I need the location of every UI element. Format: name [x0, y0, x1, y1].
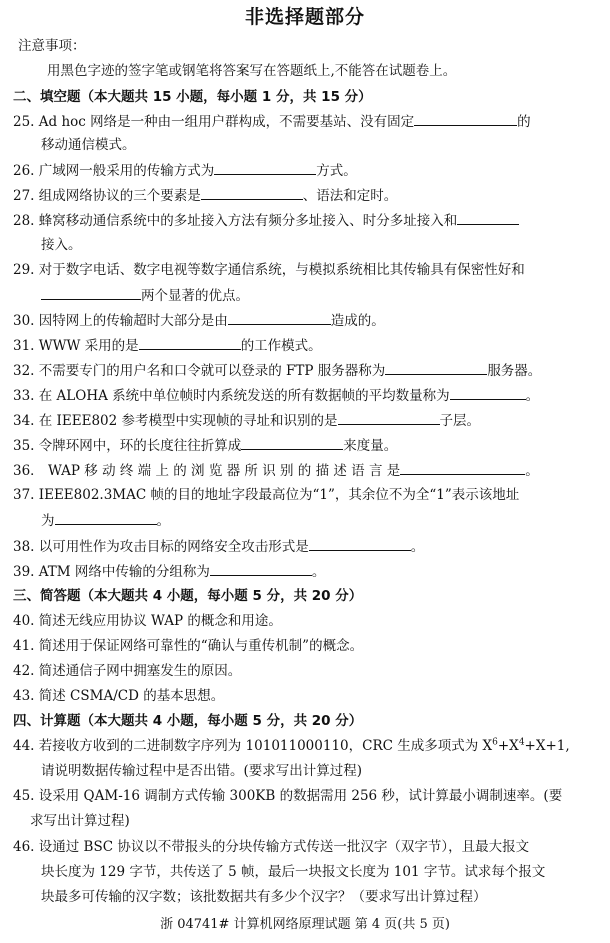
answer-blank [414, 111, 517, 126]
question-36: 36． WAP 移 动 终 端 上 的 浏 览 器 所 识 别 的 描 述 语 … [13, 460, 539, 481]
section-heading-fill: 二、填空题（本大题共 15 小题，每小题 1 分，共 15 分） [13, 87, 372, 107]
question-text: 29. 对于数字电话、数字电视等数字通信系统，与模拟系统相比其传输具有保密性好和 [13, 262, 525, 278]
question-28: 28. 蜂窝移动通信系统中的多址接入方法有频分多址接入、时分多址接入和 [13, 210, 519, 231]
answer-blank [309, 536, 411, 551]
question-text: 方式。 [316, 163, 357, 179]
question-29: 29. 对于数字电话、数字电视等数字通信系统，与模拟系统相比其传输具有保密性好和 [13, 260, 525, 280]
question-32: 32. 不需要专门的用户名和口令就可以登录的 FTP 服务器称为服务器。 [13, 360, 541, 381]
question-text: 、语法和定时。 [303, 188, 398, 204]
answer-blank [385, 360, 487, 375]
notice-text: 用黑色字迹的签字笔或钢笔将答案写在答题纸上,不能答在试题卷上。 [47, 61, 456, 81]
question-text: 27. 组成网络协议的三个要素是 [13, 188, 201, 204]
question-30: 30. 因特网上的传输超时大部分是由造成的。 [13, 310, 385, 331]
question-25-cont: 移动通信模式。 [41, 135, 136, 155]
question-text: 为 [41, 513, 55, 529]
question-text: 30. 因特网上的传输超时大部分是由 [13, 313, 228, 329]
question-29-cont: 两个显著的优点。 [41, 285, 249, 306]
answer-blank [338, 410, 440, 425]
question-44: 44. 若接收方收到的二进制数字序列为 101011000110，CRC 生成多… [13, 736, 570, 756]
question-text: 的工作模式。 [241, 338, 322, 354]
answer-blank [55, 510, 157, 525]
question-text: 33. 在 ALOHA 系统中单位帧时内系统发送的所有数据帧的平均数量称为 [13, 388, 450, 404]
question-text: 的 [517, 114, 531, 130]
question-text: 25. Ad hoc 网络是一种由一组用户群构成，不需要基站、没有固定 [13, 114, 414, 130]
question-text: 35. 令牌环网中，环的长度往往折算成 [13, 438, 241, 454]
question-46-cont2: 块最多可传输的汉字数；该批数据共有多少个汉字？（要求写出计算过程） [41, 887, 487, 907]
question-35: 35. 令牌环网中，环的长度往往折算成来度量。 [13, 435, 397, 456]
question-44-cont: 请说明数据传输过程中是否出错。(要求写出计算过程) [41, 761, 362, 781]
question-42: 42. 简述通信子网中拥塞发生的原因。 [13, 661, 241, 681]
question-text: 38. 以可用性作为攻击目标的网络安全攻击形式是 [13, 539, 309, 555]
question-28-cont: 接入。 [41, 235, 82, 255]
question-text: 子层。 [440, 413, 481, 429]
question-26: 26. 广域网一般采用的传输方式为方式。 [13, 160, 357, 181]
answer-blank [400, 460, 525, 475]
question-text: 。 [157, 513, 171, 529]
question-text: 39. ATM 网络中传输的分组称为 [13, 564, 210, 580]
question-text: 36． WAP 移 动 终 端 上 的 浏 览 器 所 识 别 的 描 述 语 … [13, 463, 400, 479]
question-40: 40. 简述无线应用协议 WAP 的概念和用途。 [13, 611, 282, 631]
question-38: 38. 以可用性作为攻击目标的网络安全攻击形式是。 [13, 536, 424, 557]
page-title: 非选择题部分 [0, 2, 610, 29]
answer-blank [139, 335, 241, 350]
question-text: 34. 在 IEEE802 参考模型中实现帧的寻址和识别的是 [13, 413, 338, 429]
notice-heading: 注意事项： [18, 36, 86, 56]
question-27: 27. 组成网络协议的三个要素是、语法和定时。 [13, 185, 397, 206]
section-heading-short: 三、简答题（本大题共 4 小题，每小题 5 分，共 20 分） [13, 586, 362, 606]
section-heading-calc: 四、计算题（本大题共 4 小题，每小题 5 分，共 20 分） [13, 711, 362, 731]
question-46: 46. 设通过 BSC 协议以不带报头的分块传输方式传送一批汉字（双字节），且最… [13, 837, 529, 857]
question-33: 33. 在 ALOHA 系统中单位帧时内系统发送的所有数据帧的平均数量称为。 [13, 385, 539, 406]
question-text: 服务器。 [487, 363, 541, 379]
question-34: 34. 在 IEEE802 参考模型中实现帧的寻址和识别的是子层。 [13, 410, 480, 431]
page-footer: 浙 04741# 计算机网络原理试题 第 4 页(共 5 页) [0, 913, 610, 932]
question-text: 44. 若接收方收到的二进制数字序列为 101011000110，CRC 生成多… [13, 738, 492, 754]
question-43: 43. 简述 CSMA/CD 的基本思想。 [13, 686, 224, 706]
question-text: 28. 蜂窝移动通信系统中的多址接入方法有频分多址接入、时分多址接入和 [13, 213, 457, 229]
question-45-cont: 求写出计算过程) [30, 811, 130, 831]
answer-blank [201, 185, 303, 200]
question-39: 39. ATM 网络中传输的分组称为。 [13, 561, 325, 582]
question-text: 来度量。 [343, 438, 397, 454]
question-text: 32. 不需要专门的用户名和口令就可以登录的 FTP 服务器称为 [13, 363, 385, 379]
question-37-cont: 为。 [41, 510, 170, 531]
question-31: 31. WWW 采用的是的工作模式。 [13, 335, 322, 356]
question-text: +X [498, 738, 519, 754]
answer-blank [214, 160, 316, 175]
answer-blank [210, 561, 312, 576]
question-45: 45. 设采用 QAM-16 调制方式传输 300KB 的数据需用 256 秒，… [13, 786, 562, 806]
question-text: 。 [312, 564, 326, 580]
question-text: 26. 广域网一般采用的传输方式为 [13, 163, 214, 179]
answer-blank [228, 310, 331, 325]
question-41: 41. 简述用于保证网络可靠性的“确认与重传机制”的概念。 [13, 636, 363, 656]
exam-page: 非选择题部分 注意事项： 用黑色字迹的签字笔或钢笔将答案写在答题纸上,不能答在试… [0, 0, 610, 943]
question-text: 。 [525, 463, 539, 479]
question-46-cont: 块长度为 129 字节，共传送了 5 帧，最后一块报文长度为 101 字节。试求… [41, 862, 545, 882]
question-text: 造成的。 [331, 313, 385, 329]
question-text: 31. WWW 采用的是 [13, 338, 139, 354]
question-text: +X+1, [525, 738, 570, 754]
question-text: 。 [411, 539, 425, 555]
question-text: 37. IEEE802.3MAC 帧的目的地址字段最高位为“1”，其余位不为全“… [13, 487, 519, 503]
answer-blank [241, 435, 343, 450]
question-37: 37. IEEE802.3MAC 帧的目的地址字段最高位为“1”，其余位不为全“… [13, 485, 519, 505]
answer-blank [41, 285, 141, 300]
question-text: 。 [526, 388, 540, 404]
answer-blank [450, 385, 526, 400]
answer-blank [457, 210, 519, 225]
question-25: 25. Ad hoc 网络是一种由一组用户群构成，不需要基站、没有固定的 [13, 111, 531, 132]
question-text: 两个显著的优点。 [141, 288, 249, 304]
